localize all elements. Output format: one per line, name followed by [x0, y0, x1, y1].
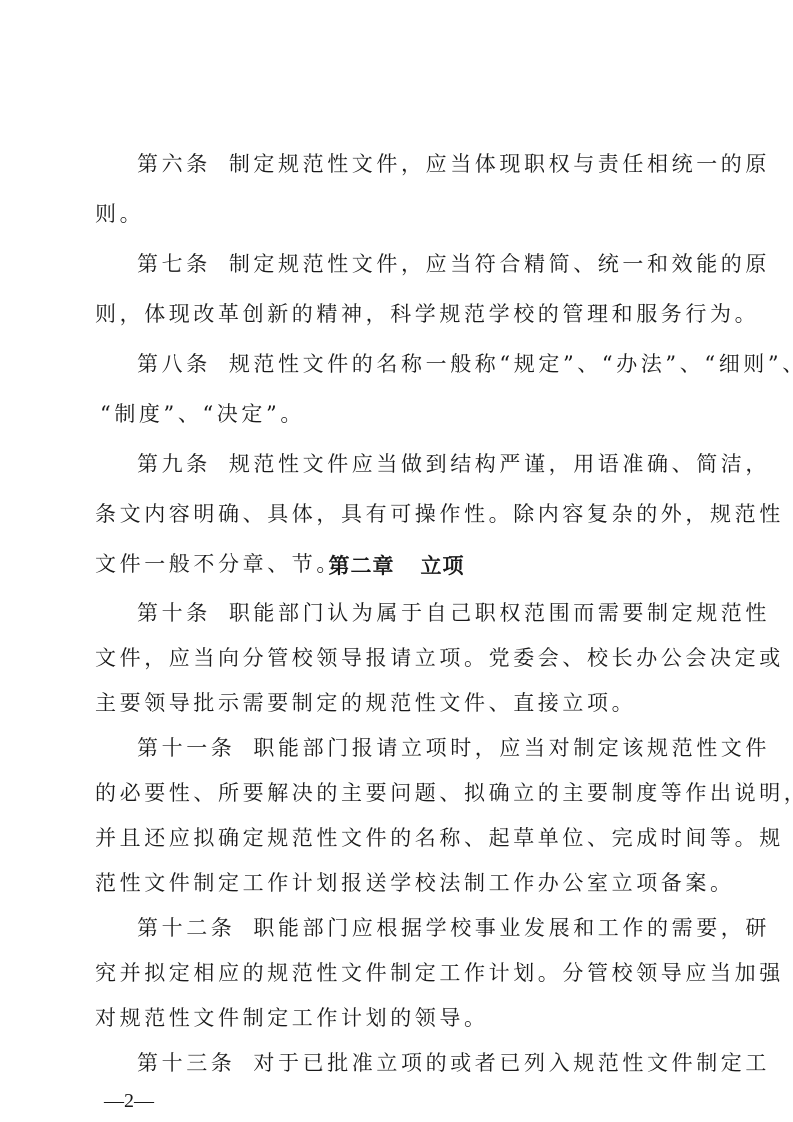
- article-13-line-1: 第十三条对于已批准立项的或者已列入规范性文件制定工: [137, 1048, 707, 1078]
- article-number: 第十三条: [137, 1048, 235, 1078]
- article-number: 第八条: [137, 349, 211, 379]
- chapter-number: 第二章: [329, 554, 395, 578]
- article-number: 第六条: [137, 149, 211, 179]
- article-6-line-2: 则。: [95, 199, 705, 229]
- article-number: 第七条: [137, 249, 211, 279]
- article-12-line-3: 对规范性文件制定工作计划的领导。: [95, 1003, 705, 1033]
- article-10-line-3: 主要领导批示需要制定的规范性文件、直接立项。: [95, 688, 705, 718]
- article-7-line-1: 第七条制定规范性文件，应当符合精简、统一和效能的原: [137, 249, 707, 279]
- article-7-line-2: 则，体现改革创新的精神，科学规范学校的管理和服务行为。: [95, 299, 705, 329]
- article-12-line-1: 第十二条职能部门应根据学校事业发展和工作的需要，研: [137, 913, 707, 943]
- article-9-line-1: 第九条规范性文件应当做到结构严谨，用语准确、简洁，: [137, 449, 707, 479]
- page-number: —2—: [104, 1088, 154, 1114]
- article-11-line-4: 范性文件制定工作计划报送学校法制工作办公室立项备案。: [95, 868, 705, 898]
- article-11-line-1: 第十一条职能部门报请立项时，应当对制定该规范性文件: [137, 733, 707, 763]
- article-8-line-2: “制度”、“决定”。: [100, 399, 710, 429]
- chapter-title: 立项: [421, 554, 465, 578]
- article-8-line-1: 第八条规范性文件的名称一般称“规定”、“办法”、“细则”、: [137, 349, 707, 379]
- article-12-line-2: 究并拟定相应的规范性文件制定工作计划。分管校领导应当加强: [95, 958, 705, 988]
- article-10-line-2: 文件，应当向分管校领导报请立项。党委会、校长办公会决定或: [95, 643, 705, 673]
- article-number: 第九条: [137, 449, 211, 479]
- article-number: 第十一条: [137, 733, 235, 763]
- article-11-line-3: 并且还应拟确定规范性文件的名称、起草单位、完成时间等。规: [95, 823, 705, 853]
- article-10-line-1: 第十条职能部门认为属于自己职权范围而需要制定规范性: [137, 598, 707, 628]
- article-11-line-2: 的必要性、所要解决的主要问题、拟确立的主要制度等作出说明，: [95, 778, 705, 808]
- chapter-heading: 第二章立项: [0, 551, 793, 581]
- article-number: 第十二条: [137, 913, 235, 943]
- article-number: 第十条: [137, 598, 211, 628]
- article-6-line-1: 第六条制定规范性文件，应当体现职权与责任相统一的原: [137, 149, 707, 179]
- document-page: 第六条制定规范性文件，应当体现职权与责任相统一的原 则。 第七条制定规范性文件，…: [0, 0, 793, 1122]
- article-9-line-2: 条文内容明确、具体，具有可操作性。除内容复杂的外，规范性: [95, 499, 705, 529]
